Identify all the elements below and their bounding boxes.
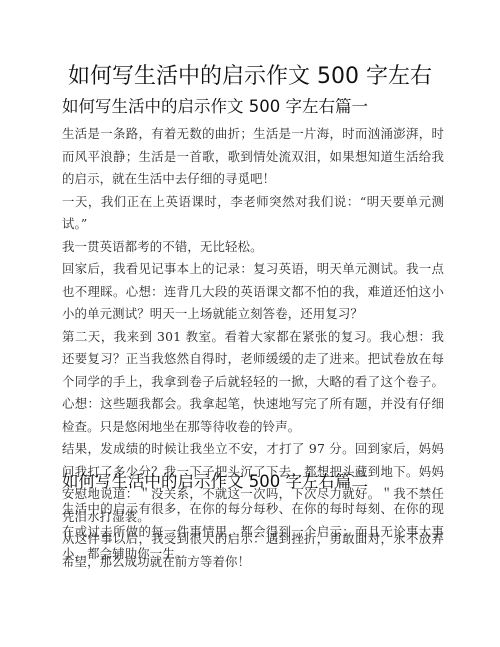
paragraph: 回家后，我看见记事本上的记录：复习英语，明天单元测试。我一点也不理睬。心想：连背… — [62, 258, 444, 326]
section-heading-1: 如何写生活中的启示作文 500 字左右篇一 — [62, 95, 462, 119]
document-title: 如何写生活中的启示作文 500 字左右 — [0, 62, 500, 92]
section-body-2: 生活中的启示有很多，在你的每分每秒、在你的每时每刻、在你的现在或过去所做的每一件… — [62, 498, 444, 566]
paragraph: 生活是一条路，有着无数的曲折；生活是一片海，时而汹涌澎湃，时而风平浪静；生活是一… — [62, 123, 444, 191]
section-heading-2: 如何写生活中的启示作文 500 字左右篇二 — [62, 470, 462, 494]
paragraph: 生活中的启示有很多，在你的每分每秒、在你的每时每刻、在你的现在或过去所做的每一件… — [62, 498, 444, 566]
paragraph: 我一贯英语都考的不错，无比轻松。 — [62, 236, 444, 259]
paragraph: 第二天，我来到 301 教室。看着大家都在紧张的复习。我心想：我还要复习？正当我… — [62, 326, 444, 439]
paragraph: 一天，我们正在上英语课时，李老师突然对我们说：“明天要单元测试。” — [62, 191, 444, 236]
document-page: 如何写生活中的启示作文 500 字左右 如何写生活中的启示作文 500 字左右篇… — [0, 0, 500, 647]
